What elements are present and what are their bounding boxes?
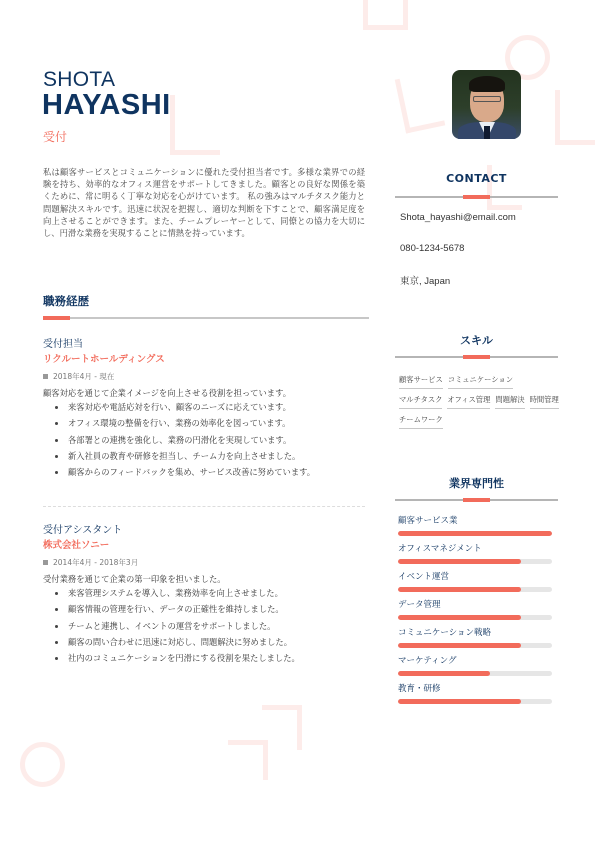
decorative-shape [363,0,408,30]
list-item: 顧客からのフィードバックを集め、サービス改善に努めています。 [55,466,315,482]
expertise-bar-fill [398,587,521,592]
bullet-icon [55,471,58,474]
expertise-bar-fill [398,559,521,564]
list-item: 各部署との連携を強化し、業務の円滑化を実現しています。 [55,434,315,450]
expertise-bar [398,587,552,592]
list-item: 顧客情報の管理を行い、データの正確性を維持しました。 [55,603,300,619]
bullet-icon [55,592,58,595]
contact-section-title: CONTACT [396,172,557,185]
skill-tag: オフィス管理 [447,395,490,409]
summary-paragraph: 私は顧客サービスとコミュニケーションに優れた受付担当者です。多様な業界での経験を… [43,166,365,239]
expertise-item: コミュニケーション戦略 [398,628,552,648]
expertise-bar [398,615,552,620]
skills-list: 顧客サービス コミュニケーション マルチタスク オフィス管理 問題解決 時間管理… [399,375,559,429]
list-item: 来客対応や電話応対を行い、顧客のニーズに応えています。 [55,401,315,417]
expertise-bar-fill [398,531,552,536]
list-item: オフィス環境の整備を行い、業務の効率化を図っています。 [55,417,315,433]
last-name: HAYASHI [42,89,171,122]
expertise-label: コミュニケーション戦略 [398,628,552,639]
list-item: 顧客の問い合わせに迅速に対応し、問題解決に努めました。 [55,636,300,652]
bullet-icon [55,406,58,409]
list-item: 社内のコミュニケーションを円滑にする役割を果たしました。 [55,652,300,668]
decorative-shape [395,71,446,133]
bullet-icon [55,657,58,660]
bullet-icon [55,455,58,458]
calendar-icon [43,560,48,565]
expertise-bar-fill [398,615,521,620]
decorative-shape [20,742,65,787]
expertise-label: 教育・研修 [398,684,552,695]
job-dates-text: 2014年4月 - 2018年3月 [53,557,138,568]
expertise-label: 顧客サービス業 [398,516,552,527]
list-item: 来客管理システムを導入し、業務効率を向上させました。 [55,587,300,603]
skill-tag: コミュニケーション [448,375,513,389]
section-divider-accent [463,355,490,359]
section-divider-accent [463,498,490,502]
bullet-icon [55,641,58,644]
section-divider-accent [43,316,70,320]
bullet-icon [55,439,58,442]
job-bullets: 来客対応や電話応対を行い、顧客のニーズに応えています。 オフィス環境の整備を行い… [55,401,315,482]
expertise-label: データ管理 [398,600,552,611]
bullet-icon [55,625,58,628]
decorative-shape [262,705,302,750]
contact-location: 東京, Japan [400,273,450,287]
list-item: 新入社員の教育や研修を担当し、チーム力を向上させました。 [55,450,315,466]
job-role: 受付アシスタント [43,521,122,536]
contact-phone: 080-1234-5678 [400,243,464,254]
experience-section-title: 職務経歴 [43,293,89,309]
job-role: 受付担当 [43,335,83,350]
expertise-bar [398,531,552,536]
expertise-bar [398,559,552,564]
expertise-label: オフィスマネジメント [398,544,552,555]
expertise-bar [398,643,552,648]
job-description: 顧客対応を通じて企業イメージを向上させる役割を担っています。 [43,387,291,399]
calendar-icon [43,374,48,379]
job-bullets: 来客管理システムを導入し、業務効率を向上させました。 顧客情報の管理を行い、デー… [55,587,300,668]
expertise-item: イベント運営 [398,572,552,592]
job-description: 受付業務を通じて企業の第一印象を担いました。 [43,573,226,585]
expertise-bar-fill [398,671,490,676]
decorative-shape [228,740,268,780]
expertise-item: オフィスマネジメント [398,544,552,564]
skill-tag: マルチタスク [399,395,442,409]
skill-tag: チームワーク [399,415,443,429]
expertise-bar [398,671,552,676]
job-company: 株式会社ソニー [43,537,109,551]
skill-tag: 時間管理 [530,395,559,409]
expertise-item: 顧客サービス業 [398,516,552,536]
job-company: リクルートホールディングス [43,351,165,365]
job-title: 受付 [43,128,67,145]
list-item: チームと連携し、イベントの運営をサポートしました。 [55,620,300,636]
contact-email[interactable]: Shota_hayashi@email.com [400,212,516,223]
job-dates: 2014年4月 - 2018年3月 [43,557,138,568]
expertise-bar [398,699,552,704]
section-divider [43,317,369,319]
skills-section-title: スキル [396,332,557,348]
expertise-item: データ管理 [398,600,552,620]
decorative-shape [555,90,595,145]
expertise-bar-fill [398,643,521,648]
profile-photo [452,70,521,139]
expertise-bar-fill [398,699,521,704]
expertise-section-title: 業界専門性 [396,475,557,491]
decorative-shape [170,95,220,155]
skill-tag: 顧客サービス [399,375,443,389]
bullet-icon [55,608,58,611]
expertise-item: 教育・研修 [398,684,552,704]
section-divider-accent [463,195,490,199]
job-dates-text: 2018年4月 - 現在 [53,371,114,382]
bullet-icon [55,422,58,425]
expertise-label: マーケティング [398,656,552,667]
job-separator [43,506,365,507]
expertise-item: マーケティング [398,656,552,676]
skill-tag: 問題解決 [495,395,524,409]
expertise-label: イベント運営 [398,572,552,583]
job-dates: 2018年4月 - 現在 [43,371,114,382]
